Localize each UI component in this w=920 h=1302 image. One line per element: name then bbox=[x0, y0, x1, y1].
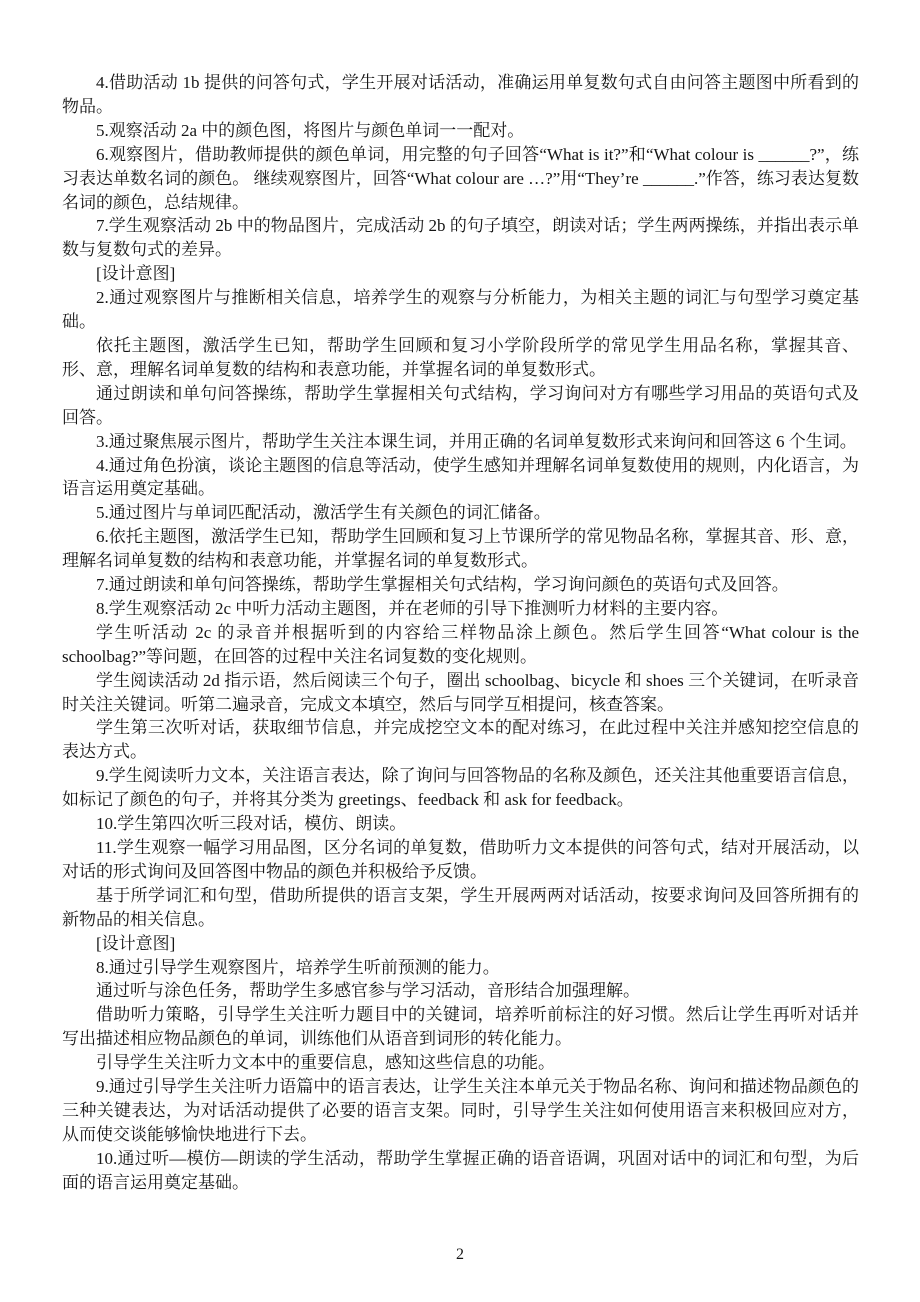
paragraph: 2.通过观察图片与推断相关信息，培养学生的观察与分析能力，为相关主题的词汇与句型… bbox=[62, 286, 859, 334]
paragraph: 8.学生观察活动 2c 中听力活动主题图，并在老师的引导下推测听力材料的主要内容… bbox=[62, 597, 859, 621]
section-label: [设计意图] bbox=[62, 262, 859, 286]
page-number: 2 bbox=[0, 1246, 920, 1264]
paragraph: 借助听力策略，引导学生关注听力题目中的关键词，培养听前标注的好习惯。然后让学生再… bbox=[62, 1003, 859, 1051]
paragraph: 6.观察图片，借助教师提供的颜色单词，用完整的句子回答“What is it?”… bbox=[62, 143, 859, 215]
paragraph: 9.通过引导学生关注听力语篇中的语言表达，让学生关注本单元关于物品名称、询问和描… bbox=[62, 1075, 859, 1147]
paragraph: 学生第三次听对话，获取细节信息，并完成挖空文本的配对练习，在此过程中关注并感知挖… bbox=[62, 716, 859, 764]
paragraph: 引导学生关注听力文本中的重要信息，感知这些信息的功能。 bbox=[62, 1051, 859, 1075]
paragraph: 10.学生第四次听三段对话，模仿、朗读。 bbox=[62, 812, 859, 836]
paragraph: 7.通过朗读和单句问答操练，帮助学生掌握相关句式结构，学习询问颜色的英语句式及回… bbox=[62, 573, 859, 597]
paragraph: 学生阅读活动 2d 指示语，然后阅读三个句子，圈出 schoolbag、bicy… bbox=[62, 669, 859, 717]
paragraph: 5.观察活动 2a 中的颜色图，将图片与颜色单词一一配对。 bbox=[62, 119, 859, 143]
paragraph: 3.通过聚焦展示图片，帮助学生关注本课生词，并用正确的名词单复数形式来询问和回答… bbox=[62, 430, 859, 454]
document-page: 4.借助活动 1b 提供的问答句式，学生开展对话活动，准确运用单复数句式自由问答… bbox=[0, 0, 920, 1302]
paragraph: 依托主题图，激活学生已知，帮助学生回顾和复习小学阶段所学的常见学生用品名称，掌握… bbox=[62, 334, 859, 382]
paragraph: 通过听与涂色任务，帮助学生多感官参与学习活动，音形结合加强理解。 bbox=[62, 979, 859, 1003]
paragraph: 6.依托主题图，激活学生已知，帮助学生回顾和复习上节课所学的常见物品名称，掌握其… bbox=[62, 525, 859, 573]
paragraph: 10.通过听—模仿—朗读的学生活动，帮助学生掌握正确的语音语调，巩固对话中的词汇… bbox=[62, 1147, 859, 1195]
paragraph: 基于所学词汇和句型，借助所提供的语言支架，学生开展两两对话活动，按要求询问及回答… bbox=[62, 884, 859, 932]
section-label: [设计意图] bbox=[62, 932, 859, 956]
paragraph: 7.学生观察活动 2b 中的物品图片，完成活动 2b 的句子填空，朗读对话；学生… bbox=[62, 214, 859, 262]
paragraph: 通过朗读和单句问答操练，帮助学生掌握相关句式结构，学习询问对方有哪些学习用品的英… bbox=[62, 382, 859, 430]
paragraph: 9.学生阅读听力文本，关注语言表达，除了询问与回答物品的名称及颜色，还关注其他重… bbox=[62, 764, 859, 812]
paragraph: 8.通过引导学生观察图片，培养学生听前预测的能力。 bbox=[62, 956, 859, 980]
paragraph: 4.通过角色扮演，谈论主题图的信息等活动，使学生感知并理解名词单复数使用的规则，… bbox=[62, 454, 859, 502]
paragraph: 5.通过图片与单词匹配活动，激活学生有关颜色的词汇储备。 bbox=[62, 501, 859, 525]
paragraph: 4.借助活动 1b 提供的问答句式，学生开展对话活动，准确运用单复数句式自由问答… bbox=[62, 71, 859, 119]
paragraph: 学生听活动 2c 的录音并根据听到的内容给三样物品涂上颜色。然后学生回答“Wha… bbox=[62, 621, 859, 669]
document-body: 4.借助活动 1b 提供的问答句式，学生开展对话活动，准确运用单复数句式自由问答… bbox=[62, 71, 859, 1195]
paragraph: 11.学生观察一幅学习用品图，区分名词的单复数，借助听力文本提供的问答句式，结对… bbox=[62, 836, 859, 884]
